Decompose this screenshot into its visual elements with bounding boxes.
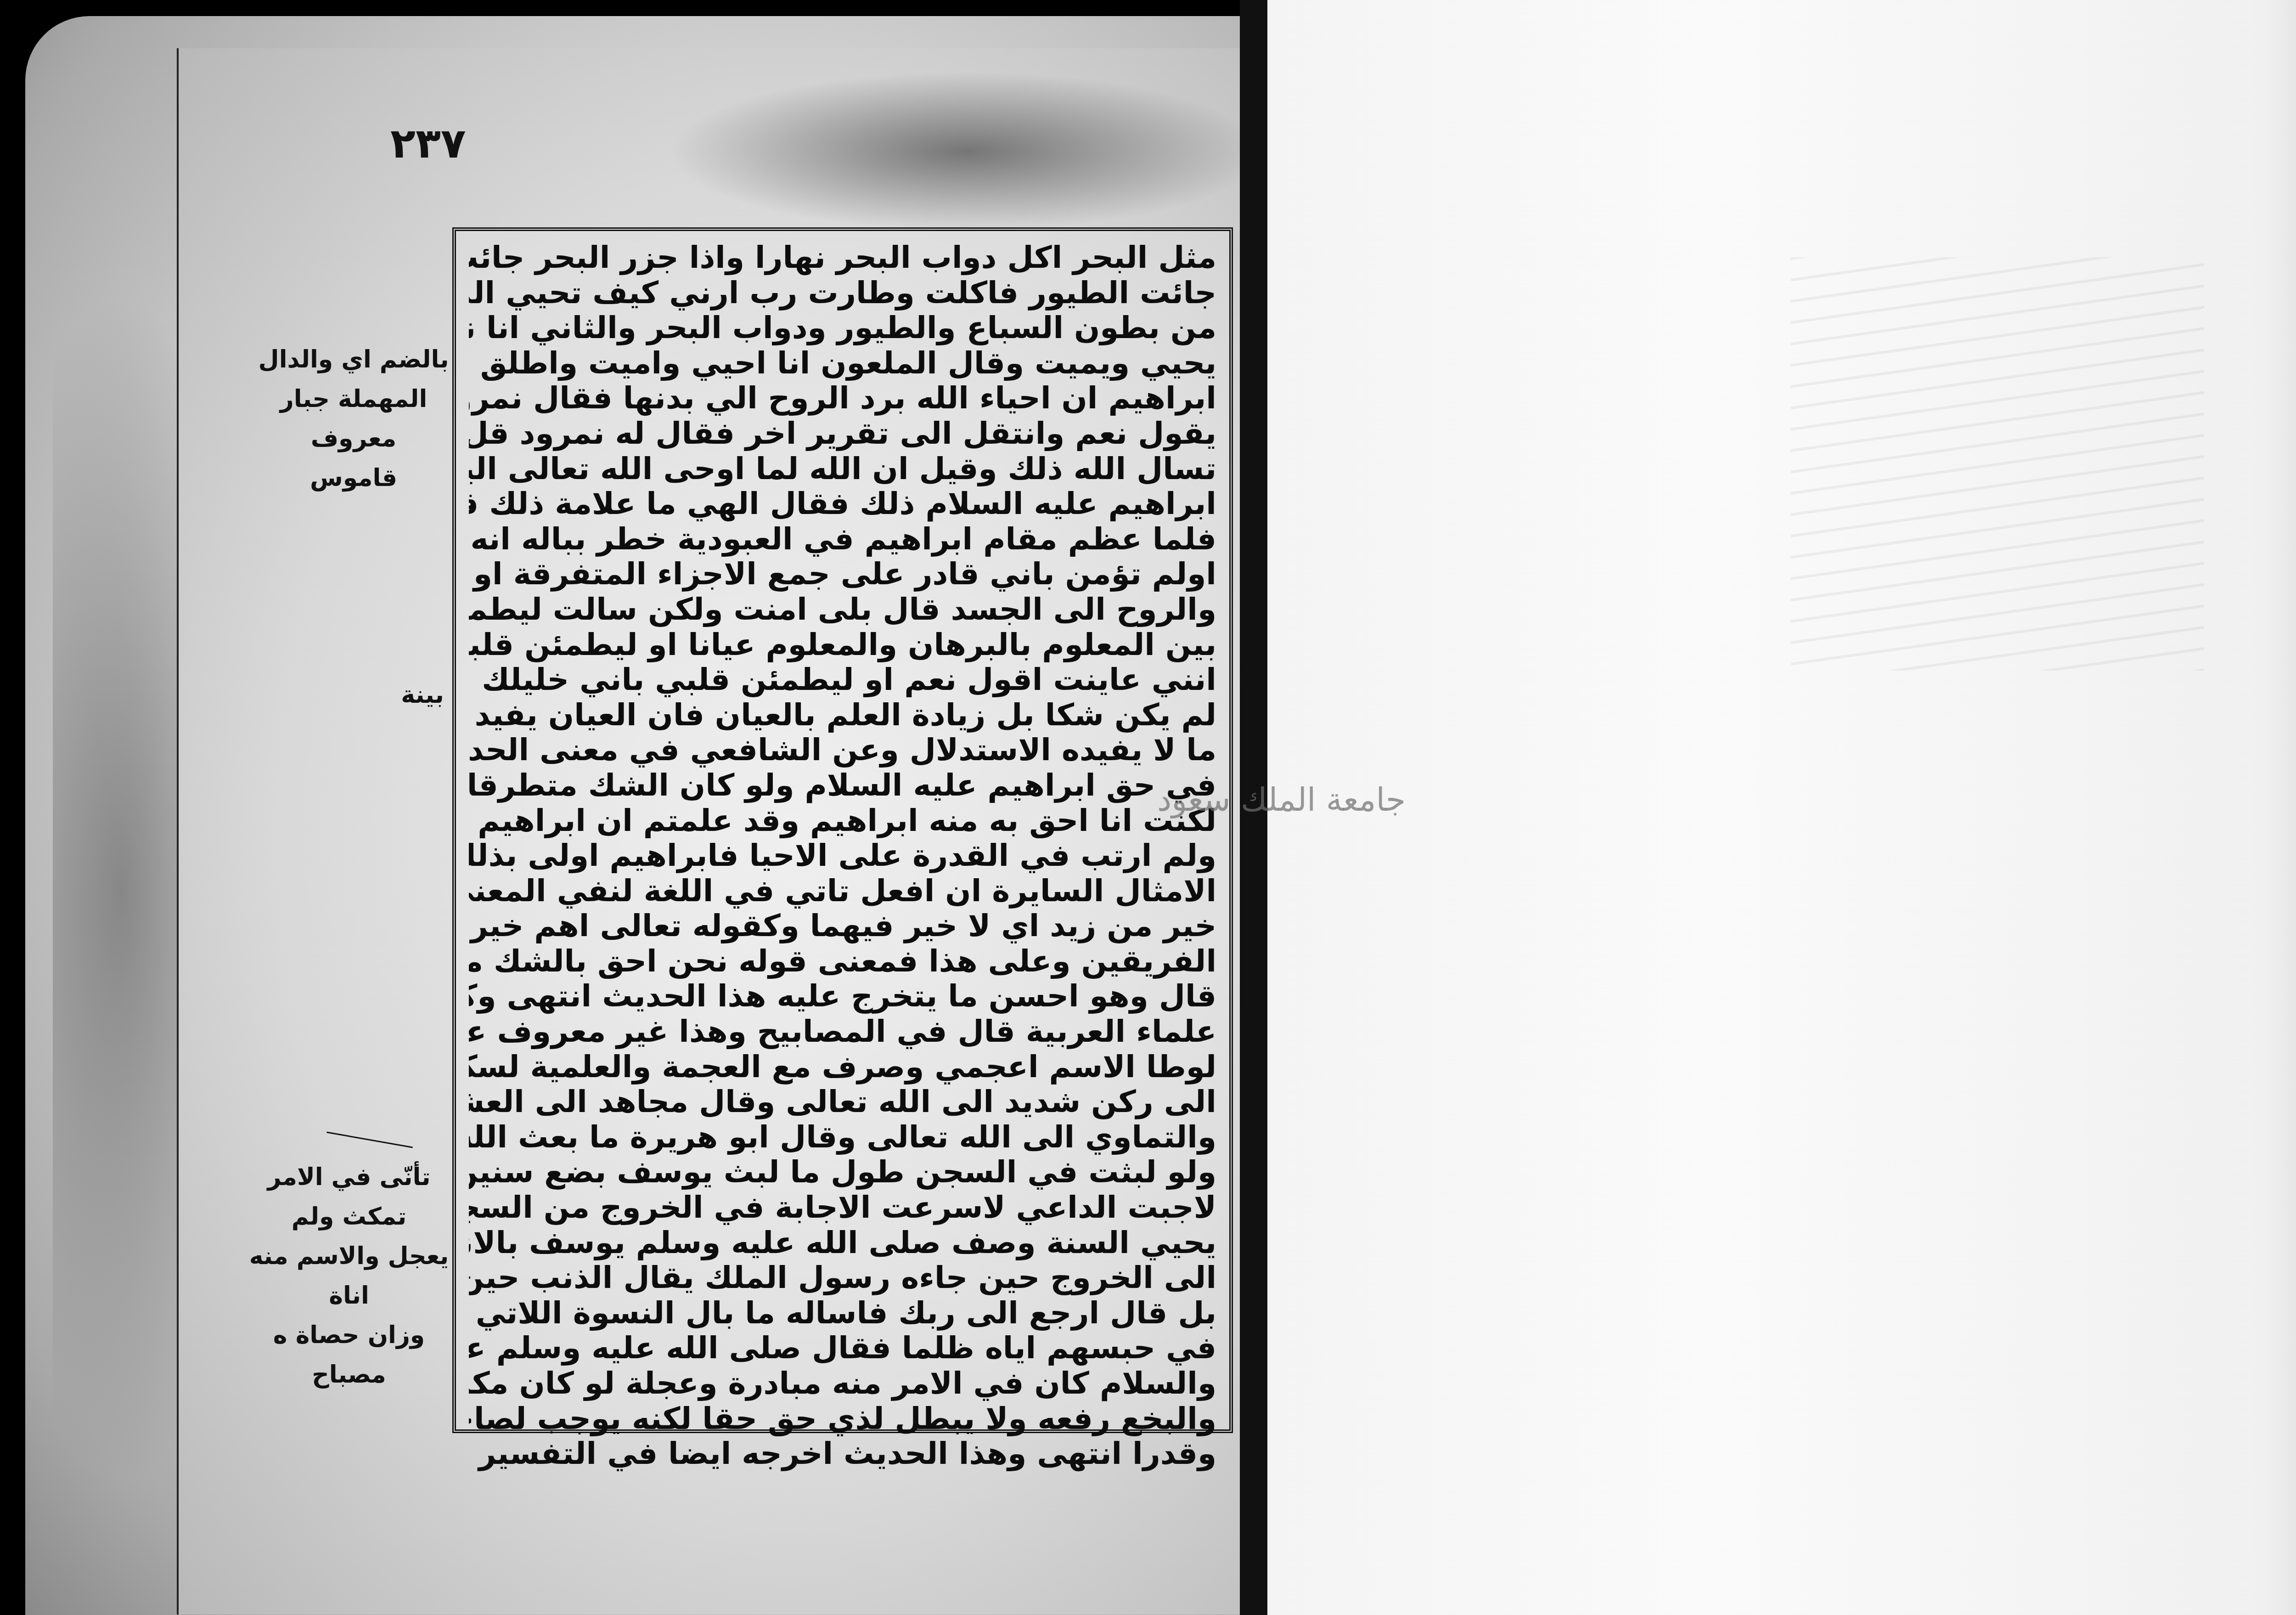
text-line: علماء العربية قال في المصابيح وهذا غير م…	[469, 1014, 1216, 1050]
margin-note-line: بالضم اي والدال	[248, 340, 459, 379]
text-line: وقدرا انتهى وهذا الحديث اخرجه ايضا في ال…	[469, 1436, 1216, 1472]
text-line: لاجبت الداعي لاسرعت الاجابة في الخروج من…	[469, 1190, 1216, 1225]
bleed-through-text	[1791, 257, 2204, 671]
text-line: بل قال ارجع الى ربك فاساله ما بال النسوة…	[469, 1296, 1216, 1331]
text-line: اولم تؤمن باني قادر على جمع الاجزاء المت…	[469, 557, 1216, 592]
main-text-block: مثل البحر اكل دواب البحر نهارا واذا جزر …	[452, 227, 1233, 1433]
text-line: في حق ابراهيم عليه السلام ولو كان الشك م…	[469, 768, 1216, 803]
text-line: مثل البحر اكل دواب البحر نهارا واذا جزر …	[469, 240, 1216, 276]
margin-note-definition: تأنّى في الامر تمكث ولم يعجل والاسم منه …	[234, 1158, 464, 1395]
text-line: الفريقين وعلى هذا فمعنى قوله نحن احق بال…	[469, 944, 1216, 979]
margin-note-line: تأنّى في الامر تمكث ولم	[234, 1158, 464, 1237]
text-line: والتماوي الى الله تعالى وقال ابو هريرة م…	[469, 1120, 1216, 1155]
text-line: يحيي السنة وصف صلى الله عليه وسلم يوسف ب…	[469, 1225, 1216, 1261]
text-line: تسال الله ذلك وقيل ان الله لما اوحى الله…	[469, 452, 1216, 487]
text-line: والروح الى الجسد قال بلى امنت ولكن سالت …	[469, 592, 1216, 627]
text-line: لكنت انا احق به منه ابراهيم وقد علمتم ان…	[469, 803, 1216, 839]
text-line: يحيي ويميت وقال الملعون انا احيي واميت و…	[469, 346, 1216, 381]
text-line: انني عاينت اقول نعم او ليطمئن قلبي باني …	[469, 662, 1216, 698]
text-line: خير من زيد اي لا خير فيهما وكقوله تعالى …	[469, 909, 1216, 944]
text-line: والبخع رفعه ولا يبطل لذي حق حقا لكنه يوج…	[469, 1401, 1216, 1437]
text-line: ما لا يفيده الاستدلال وعن الشافعي في معن…	[469, 733, 1216, 768]
margin-note-gloss: بالضم اي والدال المهملة جبار معروف قاموس	[248, 340, 459, 498]
text-line: ابراهيم ان احياء الله برد الروح الي بدنه…	[469, 381, 1216, 416]
margin-note-line: المهملة جبار معروف	[248, 379, 459, 458]
right-blank-page	[1267, 0, 2296, 1615]
text-line: ولم ارتب في القدرة على الاحيا فابراهيم ا…	[469, 838, 1216, 874]
margin-note-line: قاموس	[248, 458, 459, 498]
text-line: فلما عظم مقام ابراهيم في العبودية خطر بب…	[469, 522, 1216, 557]
text-line: والسلام كان في الامر منه مبادرة وعجلة لو…	[469, 1366, 1216, 1401]
margin-note-line: يعجل والاسم منه اناة	[234, 1237, 464, 1316]
text-line: قال وهو احسن ما يتخرج عليه هذا الحديث ان…	[469, 979, 1216, 1014]
text-line: الى ركن شديد الى الله تعالى وقال مجاهد ا…	[469, 1084, 1216, 1120]
text-line: من بطون السباع والطيور ودواب البحر والثا…	[469, 311, 1216, 346]
text-line: لم يكن شكا بل زيادة العلم بالعيان فان ال…	[469, 698, 1216, 733]
page-number: ٢٣٧	[390, 119, 466, 168]
text-line: لوطا الاسم اعجمي وصرف مع العجمة والعلمية…	[469, 1050, 1216, 1085]
text-line: في حبسهم اياه ظلما فقال صلى الله عليه وس…	[469, 1331, 1216, 1366]
margin-note-line: بينة	[377, 675, 468, 715]
library-watermark: جامعة الملك سعود	[1157, 781, 1406, 819]
text-line: يقول نعم وانتقل الى تقرير اخر فقال له نم…	[469, 416, 1216, 452]
text-line: جائت الطيور فاكلت وطارت رب ارني كيف تحيي…	[469, 276, 1216, 311]
text-line: بين المعلوم بالبرهان والمعلوم عيانا او ل…	[469, 627, 1216, 663]
text-line: الامثال السايرة ان افعل تاتي في اللغة لن…	[469, 874, 1216, 909]
text-line: ولو لبثت في السجن طول ما لبث يوسف بضع سن…	[469, 1155, 1216, 1190]
text-line: ابراهيم عليه السلام ذلك فقال الهي ما علا…	[469, 486, 1216, 522]
page-stain-top	[668, 71, 1265, 232]
text-line: الى الخروج حين جاءه رسول الملك يقال الذن…	[469, 1260, 1216, 1296]
margin-note-short: بينة	[377, 675, 468, 715]
margin-note-line: وزان حصاة ه مصباح	[234, 1316, 464, 1395]
